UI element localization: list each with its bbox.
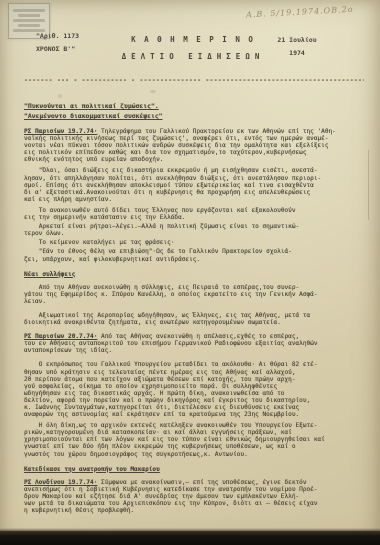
news-paragraph: Ο εκπρόσωπος του Γαλλικού Υπουργείου μετ… bbox=[24, 361, 360, 418]
section-subheading: Κατεδίκασε την ανατροπήν του Μακαρίου bbox=[24, 466, 360, 473]
news-paragraph: Το κείμενον καταλήγει με τας φράσεις· bbox=[24, 239, 360, 246]
paper-speck bbox=[150, 90, 156, 93]
stamp-line bbox=[18, 24, 40, 27]
bulletin-body: "Πυκνούνται αι πολιτικαί ζυμώσεις". "Ανε… bbox=[24, 101, 360, 518]
news-paragraph: Αξιωματικοί της Αεροπορίας ωδηγήθησαν, ω… bbox=[24, 312, 360, 326]
stamp-line bbox=[18, 14, 40, 17]
paper-speck bbox=[58, 94, 62, 98]
stamp-line bbox=[13, 19, 45, 22]
issue-volume-block: "Αριθ. 1173 ΧΡΟΝΟΣ Β'" bbox=[36, 30, 79, 56]
issue-number: "Αριθ. 1173 bbox=[36, 32, 79, 40]
bulletin-title-line1: Κ Α Θ Η Μ Ε Ρ Ι Ν Ο bbox=[108, 31, 278, 48]
date-year: 1974 bbox=[262, 47, 332, 60]
typed-divider: ------- --- - ----------- - ------------… bbox=[24, 77, 364, 84]
section-subheading: Νέαι συλλήψεις bbox=[24, 271, 360, 278]
radio-source-lead: ΡΣ Παρισίων 19.7.74· bbox=[24, 128, 97, 135]
document-page: Α.Β. 5/19.1974.ΟΒ.2ο "Αριθ. 1173 ΧΡΟΝΟΣ … bbox=[0, 0, 380, 545]
news-paragraph: ΡΣ Παρισίων 19.7.74· Τηλεγράφημα του Γαλ… bbox=[24, 128, 360, 163]
stamp-line bbox=[13, 9, 45, 12]
date-day-month: 21 Ιουλίου bbox=[262, 34, 332, 47]
news-paragraph: ΡΣ Λονδίνου 19.7.74· Σύμφωνα με ανακοίνω… bbox=[24, 479, 360, 514]
news-paragraph: "Εάν το έθνος θέλη να επιβιώση"·Ως δε το… bbox=[24, 248, 360, 262]
volume-label: ΧΡΟΝΟΣ Β'" bbox=[36, 45, 75, 53]
scan-bottom-edge bbox=[0, 531, 380, 545]
news-paragraph: "Όλαι, όσαι διώξεις εις δικαστήρια εκκρε… bbox=[24, 167, 360, 202]
radio-source-lead: ΡΣ Λονδίνου 19.7.74· bbox=[24, 479, 97, 486]
news-paragraph: Η όλη δίκη,ως το αρχικόν εκτενές κατέληξ… bbox=[24, 422, 360, 457]
news-paragraph: Το ανακοινωθέν αυτό δίδει τους Έλληνας π… bbox=[24, 207, 360, 221]
bulletin-title: Κ Α Θ Η Μ Ε Ρ Ι Ν Ο ΔΕΛΤΙΟ ΕΙΔΗΣΕΩΝ bbox=[108, 31, 278, 65]
date-block: 21 Ιουλίου 1974 bbox=[262, 34, 332, 60]
handwritten-annotation: Α.Β. 5/19.1974.ΟΒ.2ο bbox=[246, 4, 376, 20]
news-paragraph: Αρκεταί είναι ρήτραι—λέγει.—Αλλά η πολιτ… bbox=[24, 223, 360, 237]
paper-crease bbox=[368, 150, 369, 220]
news-paragraph: Από την Αθήναν ανεκοινώθη η σύλληψις, ει… bbox=[24, 284, 360, 305]
headline-line1: "Πυκνούνται αι πολιτικαί ζυμώσεις". bbox=[24, 101, 360, 111]
bulletin-title-line2: ΔΕΛΤΙΟ ΕΙΔΗΣΕΩΝ bbox=[108, 48, 278, 65]
headline-line2: "Ανεμένοντο διακομματικαί συσκέψεις" bbox=[24, 111, 360, 121]
news-paragraph: ΡΣ Παρισίων 20.7.74· Από τας Αθήνας ανεκ… bbox=[24, 333, 360, 354]
